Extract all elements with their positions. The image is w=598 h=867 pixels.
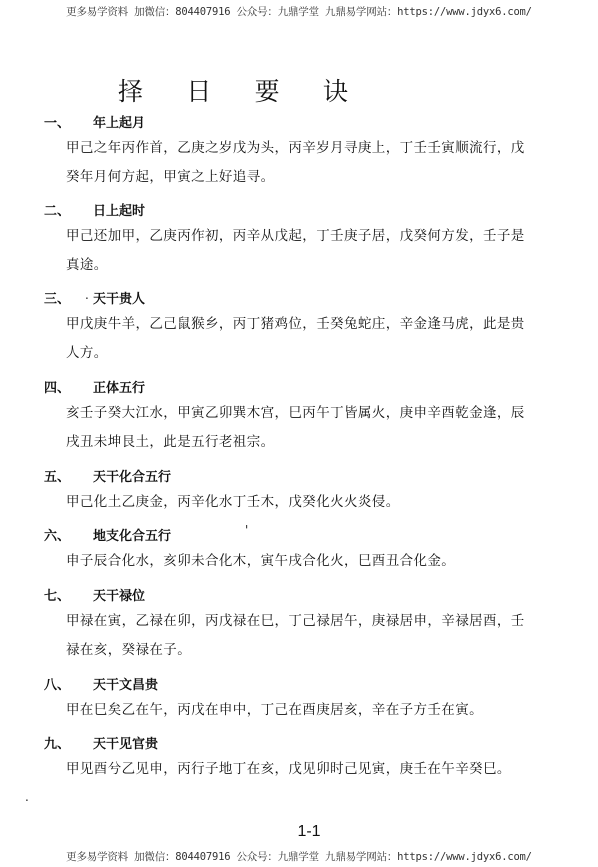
page-number: 1-1: [0, 823, 598, 841]
section-title: 天干化合五行: [93, 466, 171, 485]
body-line: 戌丑未坤艮土，此是五行老祖宗。: [66, 428, 564, 457]
section-body: 甲戊庚牛羊，乙己鼠猴乡，丙丁猪鸡位，壬癸兔蛇庄，辛金逢马虎，此是贵 人方。: [66, 310, 564, 368]
section-number: 七、: [44, 585, 70, 604]
watermark-footer: 更多易学资料 加微信：804407916 公众号：九鼎学堂 九鼎易学网站：htt…: [0, 849, 598, 864]
body-line: 甲己还加甲，乙庚丙作初，丙辛从戊起，丁壬庚子居，戊癸何方发，壬子是: [66, 222, 564, 251]
section-title: 地支化合五行: [93, 525, 171, 544]
section-number: 八、: [44, 674, 70, 693]
body-line: 亥壬子癸大江水，甲寅乙卯巽木宫，巳丙午丁皆属火，庚申辛酉乾金逢，辰: [66, 399, 564, 428]
section-number: 二、: [44, 200, 70, 219]
title-char: 诀: [323, 72, 348, 108]
section-number: 六、: [44, 525, 70, 544]
section-body: 甲禄在寅，乙禄在卯，丙戊禄在巳，丁己禄居午，庚禄居申，辛禄居酉，壬 禄在亥，癸禄…: [66, 607, 564, 665]
body-line: 甲戊庚牛羊，乙己鼠猴乡，丙丁猪鸡位，壬癸兔蛇庄，辛金逢马虎，此是贵: [66, 310, 564, 339]
body-line: 申子辰合化水，亥卯未合化木，寅午戌合化火，巳酉丑合化金。: [66, 547, 564, 576]
body-line: 甲在巳矣乙在午，丙戊在申中，丁己在酉庚居亥，辛在子方壬在寅。: [66, 696, 564, 725]
body-line: 甲己化土乙庚金，丙辛化水丁壬木，戊癸化火火炎侵。: [66, 488, 564, 517]
body-line: 甲见酉兮乙见申，丙行子地丁在亥，戊见卯时己见寅，庚壬在午辛癸巳。: [66, 755, 564, 784]
section-title: 天干禄位: [93, 585, 145, 604]
body-line: 真途。: [66, 251, 564, 280]
section-title: 天干贵人: [93, 288, 145, 307]
section-number: 一、: [44, 112, 70, 131]
section-body: 甲见酉兮乙见申，丙行子地丁在亥，戊见卯时己见寅，庚壬在午辛癸巳。: [66, 755, 564, 784]
title-char: 要: [255, 72, 280, 108]
section-number: 三、: [44, 288, 70, 307]
section-title: 正体五行: [93, 377, 145, 396]
section-title: 日上起时: [93, 200, 145, 219]
title-char: 择: [118, 72, 143, 108]
section-body: 甲己之年丙作首，乙庚之岁戊为头，丙辛岁月寻庚上，丁壬壬寅顺流行，戊 癸年月何方起…: [66, 134, 564, 192]
title-char: 日: [186, 72, 211, 108]
section-body: 亥壬子癸大江水，甲寅乙卯巽木宫，巳丙午丁皆属火，庚申辛酉乾金逢，辰 戌丑未坤艮土…: [66, 399, 564, 457]
section-title: 天干文昌贵: [93, 674, 158, 693]
section-title: 年上起月: [93, 112, 145, 131]
watermark-header: 更多易学资料 加微信：804407916 公众号：九鼎学堂 九鼎易学网站：htt…: [0, 4, 598, 19]
body-line: 甲己之年丙作首，乙庚之岁戊为头，丙辛岁月寻庚上，丁壬壬寅顺流行，戊: [66, 134, 564, 163]
section-body: 甲在巳矣乙在午，丙戊在申中，丁己在酉庚居亥，辛在子方壬在寅。: [66, 696, 564, 725]
scan-artifact-mark: ': [245, 523, 248, 537]
section-body: 申子辰合化水，亥卯未合化木，寅午戌合化火，巳酉丑合化金。: [66, 547, 564, 576]
section-number: 九、: [44, 733, 70, 752]
section-body: 甲己化土乙庚金，丙辛化水丁壬木，戊癸化火火炎侵。: [66, 488, 564, 517]
section-title: 天干见官贵: [93, 733, 158, 752]
section-number: 五、: [44, 466, 70, 485]
section-number: 四、: [44, 377, 70, 396]
scan-artifact-mark: .: [25, 790, 29, 804]
scan-artifact-mark: .: [85, 288, 89, 302]
body-line: 人方。: [66, 339, 564, 368]
section-body: 甲己还加甲，乙庚丙作初，丙辛从戊起，丁壬庚子居，戊癸何方发，壬子是 真途。: [66, 222, 564, 280]
body-line: 甲禄在寅，乙禄在卯，丙戊禄在巳，丁己禄居午，庚禄居申，辛禄居酉，壬: [66, 607, 564, 636]
document-title: 择 日 要 诀: [118, 72, 348, 108]
body-line: 禄在亥，癸禄在子。: [66, 636, 564, 665]
body-line: 癸年月何方起，甲寅之上好追寻。: [66, 163, 564, 192]
